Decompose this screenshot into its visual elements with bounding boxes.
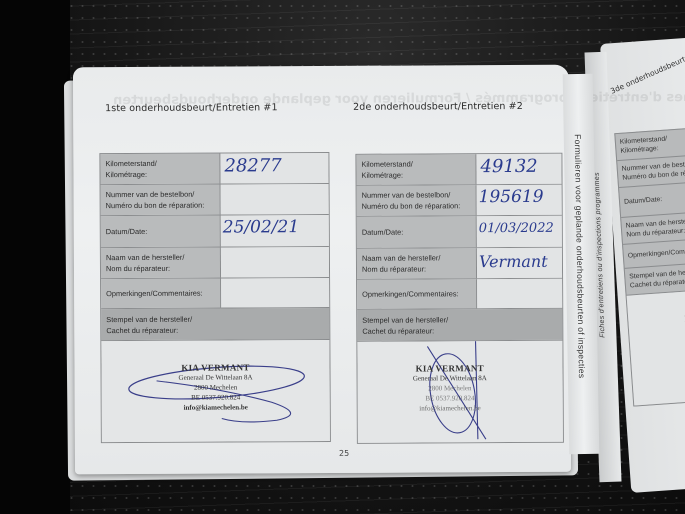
- form-1-row-mileage: Kilometerstand/Kilométrage: 28277: [100, 153, 328, 185]
- form-2-date-value[interactable]: 01/03/2022: [477, 216, 562, 247]
- form-2-row-order-number: Nummer van de bestelbon/Numéro du bon de…: [357, 185, 562, 217]
- form-2-row-mileage: Kilometerstand/Kilométrage: 49132: [356, 154, 561, 186]
- form-1-row-repairer: Naam van de hersteller/Nom du réparateur…: [101, 247, 329, 279]
- form-1-dealer-stamp: KIA VERMANT Generaal De Wittelaan 8A 280…: [178, 362, 252, 412]
- form-1-row-comments: Opmerkingen/Commentaires:: [101, 278, 329, 309]
- form-2-comments-value[interactable]: [477, 279, 562, 308]
- form-2-row-comments: Opmerkingen/Commentaires:: [357, 279, 562, 310]
- booklet-page: Fiches d'entretiens programmés / Formuli…: [73, 65, 571, 475]
- form-1-stamp-area: KIA VERMANT Generaal De Wittelaan 8A 280…: [101, 340, 330, 442]
- next-page-form: Kilometerstand/Kilométrage: Nummer van d…: [614, 123, 685, 406]
- tab-label-nl: Formulieren voor geplande onderhoudsbeur…: [573, 134, 587, 379]
- next-page-title: 3de onderhoudsbeurt/Entretien #3: [609, 34, 685, 96]
- form-1-comments-value[interactable]: [221, 278, 329, 308]
- form-1-row-date: Datum/Date: 25/02/21: [101, 215, 329, 248]
- form-1-date-value[interactable]: 25/02/21: [221, 215, 329, 247]
- form-2-row-stamp-label: Stempel van de hersteller/Cachet du répa…: [357, 309, 562, 342]
- form-2-row-date: Datum/Date: 01/03/2022: [357, 216, 562, 249]
- form-1-row-order-number: Nummer van de bestelbon/Numéro du bon de…: [101, 184, 329, 216]
- form-2-mileage-value[interactable]: 49132: [476, 154, 561, 184]
- form-2-stamp-area: KIA VERMANT Generaal De Wittelaan 8A 280…: [357, 341, 563, 443]
- form-2-title: 2de onderhoudsbeurt/Entretien #2: [353, 101, 523, 113]
- form-1-title: 1ste onderhoudsbeurt/Entretien #1: [105, 102, 277, 114]
- form-2-repairer-value[interactable]: Vermant: [477, 248, 562, 278]
- form-2-row-repairer: Naam van de hersteller/Nom du réparateur…: [357, 248, 562, 280]
- form-1-mileage-value[interactable]: 28277: [220, 153, 328, 184]
- form-2-order-number-value[interactable]: 195619: [477, 185, 562, 215]
- form-1: Kilometerstand/Kilométrage: 28277 Nummer…: [99, 152, 331, 443]
- page-number: 25: [339, 449, 349, 458]
- form-2-dealer-stamp: KIA VERMANT Generaal De Wittelaan 8A 280…: [413, 363, 487, 413]
- form-1-order-number-value[interactable]: [221, 184, 329, 215]
- next-page-stamp-area: KIA Genera 28 BE info@: [627, 286, 685, 405]
- form-1-row-stamp-label: Stempel van de hersteller/Cachet du répa…: [101, 308, 329, 341]
- form-2: Kilometerstand/Kilométrage: 49132 Nummer…: [355, 153, 564, 444]
- form-1-repairer-value[interactable]: [221, 247, 329, 278]
- dark-edge: [0, 0, 70, 514]
